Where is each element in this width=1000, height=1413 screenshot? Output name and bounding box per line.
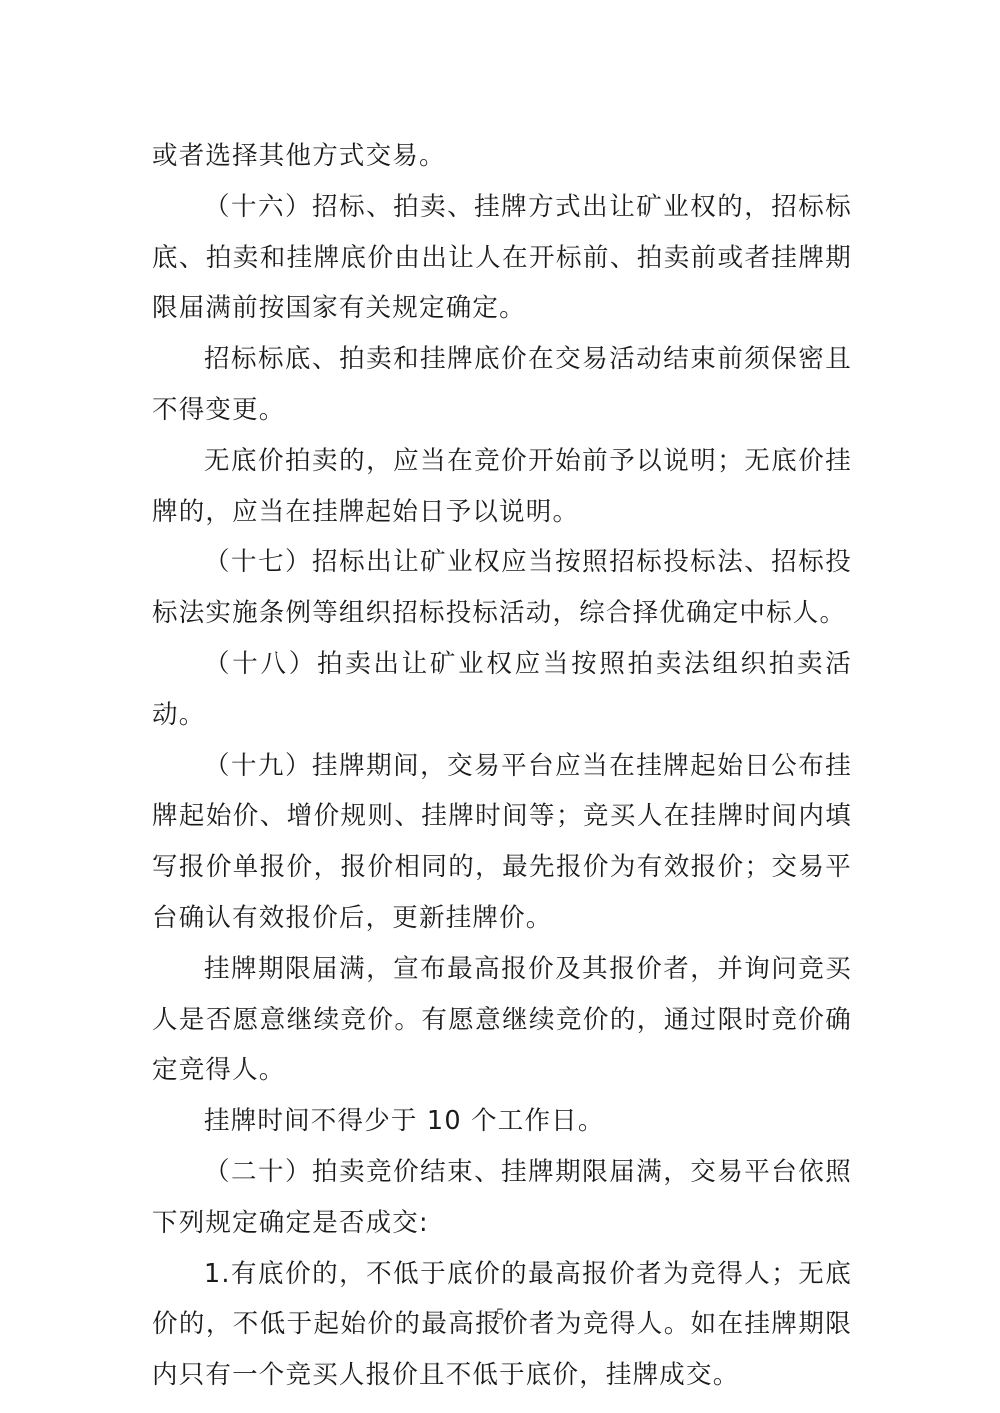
paragraph-item-17: （十七）招标出让矿业权应当按照招标投标法、招标投标法实施条例等组织招标投标活动，… — [152, 537, 852, 639]
paragraph-rule-1: 1.有底价的，不低于底价的最高报价者为竞得人；无底价的，不低于起始价的最高报价者… — [152, 1249, 852, 1401]
page-number: - 5 - — [0, 1306, 1000, 1324]
paragraph-item-16: （十六）招标、拍卖、挂牌方式出让矿业权的，招标标底、拍卖和挂牌底价由出让人在开标… — [152, 182, 852, 334]
paragraph-continuation: 或者选择其他方式交易。 — [152, 131, 852, 182]
paragraph-item-18: （十八）拍卖出让矿业权应当按照拍卖法组织拍卖活动。 — [152, 639, 852, 741]
body-text: 或者选择其他方式交易。 （十六）招标、拍卖、挂牌方式出让矿业权的，招标标底、拍卖… — [152, 131, 852, 1401]
paragraph-item-19: （十九）挂牌期间，交易平台应当在挂牌起始日公布挂牌起始价、增价规则、挂牌时间等；… — [152, 741, 852, 944]
paragraph-reserve-price-confidential: 招标标底、拍卖和挂牌底价在交易活动结束前须保密且不得变更。 — [152, 334, 852, 436]
document-page: 或者选择其他方式交易。 （十六）招标、拍卖、挂牌方式出让矿业权的，招标标底、拍卖… — [0, 0, 1000, 1413]
paragraph-listing-duration: 挂牌时间不得少于 10 个工作日。 — [152, 1096, 852, 1147]
paragraph-listing-expiry: 挂牌期限届满，宣布最高报价及其报价者，并询问竞买人是否愿意继续竞价。有愿意继续竞… — [152, 944, 852, 1096]
paragraph-no-reserve-price: 无底价拍卖的，应当在竞价开始前予以说明；无底价挂牌的，应当在挂牌起始日予以说明。 — [152, 436, 852, 538]
paragraph-item-20: （二十）拍卖竞价结束、挂牌期限届满，交易平台依照下列规定确定是否成交: — [152, 1147, 852, 1249]
